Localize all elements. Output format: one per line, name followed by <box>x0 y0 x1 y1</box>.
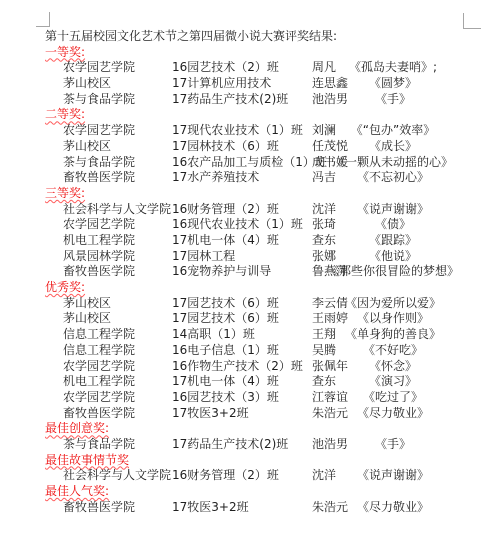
class-cell: 17现代农业技术（1）班 <box>172 123 312 139</box>
work-title-text: 《手》 <box>375 437 411 453</box>
class-cell: 16农产品加工与质检（1）班 <box>172 155 312 171</box>
student-name-cell: 张琦 <box>312 217 355 233</box>
award-row: 机电工程学院 17机电一体（4）班 查东 《跟踪》 <box>45 233 485 249</box>
student-name-cell: 沈洋 <box>312 202 355 218</box>
work-title-cell: 《怀念》 <box>355 359 431 375</box>
student-name-cell: 任茂悦 <box>312 139 355 155</box>
college-cell: 农学园艺学院 <box>63 390 172 406</box>
work-title-text: 《那些你很冒险的梦想》 <box>327 264 459 280</box>
work-title-cell: 《一颗从未动摇的心》 <box>355 155 431 171</box>
award-row: 风景园林学院 17园林工程 张娜 《他说》 <box>45 249 485 265</box>
college-cell: 农学园艺学院 <box>63 60 172 76</box>
award-row: 信息工程学院 16电子信息（1）班 吴腾 《不好吃》 <box>45 343 485 359</box>
award-section-header: 优秀奖: <box>45 280 485 296</box>
work-title-cell: 《成长》 <box>355 139 431 155</box>
class-cell: 16作物生产技术（2）班 <box>172 359 312 375</box>
work-title-text: 《以身作则》 <box>357 311 429 327</box>
student-name-cell: 池浩男 <box>312 437 355 453</box>
student-name-cell: 连思鑫 <box>312 76 355 92</box>
award-section: 最佳故事情节奖 社会科学与人文学院 16财务管理（2）班 沈洋 《说声谢谢》 <box>45 453 485 484</box>
award-row: 茅山校区 17园艺技术（6）班 王雨婷 《以身作则》 <box>45 311 485 327</box>
award-row: 农学园艺学院 16园艺技术（3）班 江蓉谊 《吃过了》 <box>45 390 485 406</box>
award-row: 畜牧兽医学院 17牧医3+2班 朱浩元 《尽力敬业》 <box>45 406 485 422</box>
class-cell: 17牧医3+2班 <box>172 406 312 422</box>
class-cell: 17计算机应用技术 <box>172 76 312 92</box>
work-title-text: 《怀念》 <box>369 359 417 375</box>
award-section: 一等奖: 农学园艺学院 16园艺技术（2）班 周凡 《孤岛夫妻哨》; 茅山校区 … <box>45 45 485 108</box>
college-cell: 畜牧兽医学院 <box>63 500 172 516</box>
award-section: 最佳人气奖: 畜牧兽医学院 17牧医3+2班 朱浩元 《尽力敬业》 <box>45 484 485 515</box>
student-name-cell: 池浩男 <box>312 92 355 108</box>
work-title-cell: 《吃过了》 <box>355 390 431 406</box>
college-cell: 茅山校区 <box>63 296 172 312</box>
college-cell: 畜牧兽医学院 <box>63 264 172 280</box>
college-cell: 风景园林学院 <box>63 249 172 265</box>
college-cell: 畜牧兽医学院 <box>63 406 172 422</box>
college-cell: 茶与食品学院 <box>63 437 172 453</box>
work-title-cell: 《以身作则》 <box>355 311 431 327</box>
award-sections: 一等奖: 农学园艺学院 16园艺技术（2）班 周凡 《孤岛夫妻哨》; 茅山校区 … <box>45 45 485 516</box>
work-title-cell: 《他说》 <box>355 249 431 265</box>
student-name-cell: 朱浩元 <box>312 500 355 516</box>
class-cell: 17机电一体（4）班 <box>172 233 312 249</box>
work-title-text: 《单身狗的善良》 <box>345 327 441 343</box>
work-title-text: 《手》 <box>375 92 411 108</box>
work-title-cell: 《“包办”效率》 <box>355 123 431 139</box>
award-row: 茶与食品学院 17药品生产技术(2)班 池浩男 《手》 <box>45 92 485 108</box>
award-section: 二等奖: 农学园艺学院 17现代农业技术（1）班 刘澜 《“包办”效率》 茅山校… <box>45 107 485 185</box>
work-title-text: 《不好吃》 <box>363 343 423 359</box>
college-cell: 农学园艺学院 <box>63 217 172 233</box>
work-title-text: 《成长》 <box>369 139 417 155</box>
work-title-text: 《说声谢谢》 <box>357 468 429 484</box>
text-boundary-mark-right <box>463 13 481 29</box>
work-title-text: 《“包办”效率》 <box>351 123 435 139</box>
award-row: 农学园艺学院 16作物生产技术（2）班 张佩年 《怀念》 <box>45 359 485 375</box>
work-title-cell: 《跟踪》 <box>355 233 431 249</box>
work-title-cell: 《尽力敬业》 <box>355 500 431 516</box>
work-title-cell: 《尽力敬业》 <box>355 406 431 422</box>
college-cell: 茶与食品学院 <box>63 155 172 171</box>
class-cell: 17园林技术（6）班 <box>172 139 312 155</box>
work-title-cell: 《说声谢谢》 <box>355 202 431 218</box>
class-cell: 16财务管理（2）班 <box>172 468 312 484</box>
work-title-text: 《吃过了》 <box>363 390 423 406</box>
student-name-cell: 江蓉谊 <box>312 390 355 406</box>
award-section-header: 最佳人气奖: <box>45 484 485 500</box>
award-section-header: 一等奖: <box>45 45 485 61</box>
award-section-header: 最佳故事情节奖 <box>45 453 485 469</box>
class-cell: 17水产养殖技术 <box>172 170 312 186</box>
work-title-cell: 《手》 <box>355 92 431 108</box>
work-title-text: 《一颗从未动摇的心》 <box>333 155 453 171</box>
work-title-text: 《尽力敬业》 <box>357 406 429 422</box>
award-row: 畜牧兽医学院 17水产养殖技术 冯吉 《不忘初心》 <box>45 170 485 186</box>
text-boundary-mark-left <box>36 12 50 27</box>
class-cell: 17园艺技术（6）班 <box>172 296 312 312</box>
work-title-cell: 《单身狗的善良》 <box>355 327 431 343</box>
class-cell: 14高职（1）班 <box>172 327 312 343</box>
work-title-text: 《债》 <box>375 217 411 233</box>
class-cell: 16现代农业技术（1）班 <box>172 217 312 233</box>
award-row: 畜牧兽医学院 16宠物养护与训导 鲁燕萍 《那些你很冒险的梦想》 <box>45 264 485 280</box>
student-name-cell: 张娜 <box>312 249 355 265</box>
class-cell: 17药品生产技术(2)班 <box>172 437 312 453</box>
work-title-cell: 《手》 <box>355 437 431 453</box>
student-name-cell: 查东 <box>312 374 355 390</box>
class-cell: 17园艺技术（6）班 <box>172 311 312 327</box>
award-section: 最佳创意奖: 茶与食品学院 17药品生产技术(2)班 池浩男 《手》 <box>45 421 485 452</box>
student-name-cell: 朱浩元 <box>312 406 355 422</box>
award-section-header: 二等奖: <box>45 107 485 123</box>
class-cell: 17园林工程 <box>172 249 312 265</box>
work-title-cell: 《不好吃》 <box>355 343 431 359</box>
college-cell: 茅山校区 <box>63 311 172 327</box>
college-cell: 农学园艺学院 <box>63 359 172 375</box>
college-cell: 茅山校区 <box>63 76 172 92</box>
work-title-text: 《说声谢谢》 <box>357 202 429 218</box>
work-title-cell: 《因为爱所以爱》 <box>355 296 431 312</box>
work-title-cell: 《演习》 <box>355 374 431 390</box>
class-cell: 16宠物养护与训导 <box>172 264 312 280</box>
class-cell: 17药品生产技术(2)班 <box>172 92 312 108</box>
work-title-cell: 《说声谢谢》 <box>355 468 431 484</box>
college-cell: 机电工程学院 <box>63 233 172 249</box>
class-cell: 16园艺技术（2）班 <box>172 60 312 76</box>
student-name-cell: 吴腾 <box>312 343 355 359</box>
college-cell: 畜牧兽医学院 <box>63 170 172 186</box>
award-section: 优秀奖: 茅山校区 17园艺技术（6）班 李云倩 《因为爱所以爱》 茅山校区 1… <box>45 280 485 421</box>
class-cell: 17机电一体（4）班 <box>172 374 312 390</box>
award-row: 机电工程学院 17机电一体（4）班 查东 《演习》 <box>45 374 485 390</box>
college-cell: 信息工程学院 <box>63 327 172 343</box>
work-title-cell: 《孤岛夫妻哨》; <box>355 60 431 76</box>
award-row: 社会科学与人文学院 16财务管理（2）班 沈洋 《说声谢谢》 <box>45 202 485 218</box>
document-content: 第十五届校园文化艺术节之第四届微小说大赛评奖结果: 一等奖: 农学园艺学院 16… <box>45 29 485 515</box>
award-section-header: 最佳创意奖: <box>45 421 485 437</box>
student-name-cell: 刘澜 <box>312 123 355 139</box>
work-title-cell: 《圆梦》 <box>355 76 431 92</box>
work-title-text: 《因为爱所以爱》 <box>345 296 441 312</box>
student-name-cell: 查东 <box>312 233 355 249</box>
student-name-cell: 王雨婷 <box>312 311 355 327</box>
work-title-text: 《跟踪》 <box>369 233 417 249</box>
document-page: 第十五届校园文化艺术节之第四届微小说大赛评奖结果: 一等奖: 农学园艺学院 16… <box>0 0 501 533</box>
award-row: 茅山校区 17园艺技术（6）班 李云倩 《因为爱所以爱》 <box>45 296 485 312</box>
award-row: 茅山校区 17计算机应用技术 连思鑫 《圆梦》 <box>45 76 485 92</box>
college-cell: 农学园艺学院 <box>63 123 172 139</box>
award-row: 农学园艺学院 16现代农业技术（1）班 张琦 《债》 <box>45 217 485 233</box>
college-cell: 茶与食品学院 <box>63 92 172 108</box>
college-cell: 社会科学与人文学院 <box>63 202 172 218</box>
award-row: 茶与食品学院 16农产品加工与质检（1）班 成书媛 《一颗从未动摇的心》 <box>45 155 485 171</box>
student-name-cell: 沈洋 <box>312 468 355 484</box>
award-row: 农学园艺学院 17现代农业技术（1）班 刘澜 《“包办”效率》 <box>45 123 485 139</box>
college-cell: 信息工程学院 <box>63 343 172 359</box>
award-row: 茶与食品学院 17药品生产技术(2)班 池浩男 《手》 <box>45 437 485 453</box>
work-title-text: 《他说》 <box>369 249 417 265</box>
award-row: 社会科学与人文学院 16财务管理（2）班 沈洋 《说声谢谢》 <box>45 468 485 484</box>
student-name-cell: 冯吉 <box>312 170 355 186</box>
document-title: 第十五届校园文化艺术节之第四届微小说大赛评奖结果: <box>45 29 485 45</box>
work-title-text: 《演习》 <box>369 374 417 390</box>
award-row: 信息工程学院 14高职（1）班 王翔 《单身狗的善良》 <box>45 327 485 343</box>
work-title-text: 《圆梦》 <box>369 76 417 92</box>
work-title-cell: 《债》 <box>355 217 431 233</box>
award-row: 农学园艺学院 16园艺技术（2）班 周凡 《孤岛夫妻哨》; <box>45 60 485 76</box>
class-cell: 16园艺技术（3）班 <box>172 390 312 406</box>
work-title-cell: 《不忘初心》 <box>355 170 431 186</box>
award-section: 三等奖: 社会科学与人文学院 16财务管理（2）班 沈洋 《说声谢谢》 农学园艺… <box>45 186 485 280</box>
work-title-text: 《尽力敬业》 <box>357 500 429 516</box>
college-cell: 机电工程学院 <box>63 374 172 390</box>
college-cell: 茅山校区 <box>63 139 172 155</box>
class-cell: 16财务管理（2）班 <box>172 202 312 218</box>
college-cell: 社会科学与人文学院 <box>63 468 172 484</box>
work-title-text: 《孤岛夫妻哨》; <box>349 60 437 76</box>
class-cell: 17牧医3+2班 <box>172 500 312 516</box>
award-row: 畜牧兽医学院 17牧医3+2班 朱浩元 《尽力敬业》 <box>45 500 485 516</box>
student-name-cell: 张佩年 <box>312 359 355 375</box>
work-title-text: 《不忘初心》 <box>357 170 429 186</box>
class-cell: 16电子信息（1）班 <box>172 343 312 359</box>
work-title-cell: 《那些你很冒险的梦想》 <box>355 264 431 280</box>
award-row: 茅山校区 17园林技术（6）班 任茂悦 《成长》 <box>45 139 485 155</box>
award-section-header: 三等奖: <box>45 186 485 202</box>
